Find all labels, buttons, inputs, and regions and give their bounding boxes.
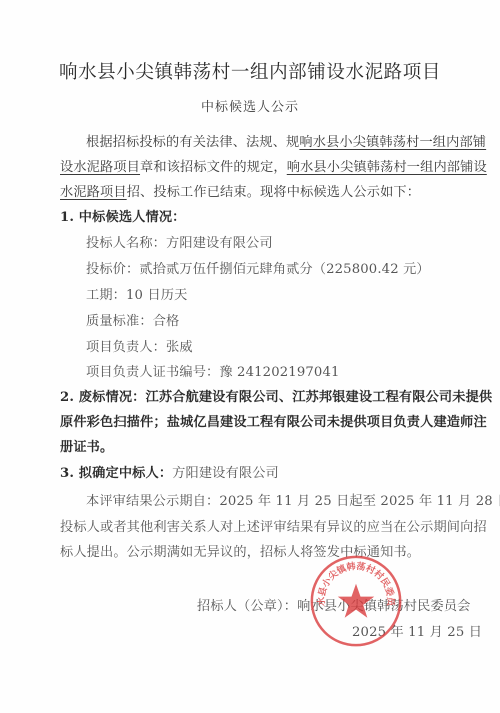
field-value: 贰拾贰万伍仟捌佰元肆角贰分（225800.42 元） xyxy=(139,262,429,277)
bid-price-row: 投标价：贰拾贰万伍仟捌佰元肆角贰分（225800.42 元） xyxy=(86,258,430,277)
field-label: 工期： xyxy=(86,288,126,303)
field-value: 豫 241202197041 xyxy=(219,365,339,380)
signature-label: 招标人（公章）： xyxy=(197,599,297,614)
field-label: 项目负责人证书编号： xyxy=(86,365,219,380)
project-name-underlined: 响水县小尖镇韩荡村一组内部铺设 xyxy=(287,160,487,175)
section-1-heading: 1. 中标候选人情况： xyxy=(60,206,186,225)
official-seal-stamp: 响水县小尖镇韩荡村村民委员会 xyxy=(308,553,404,649)
field-label: 项目负责人： xyxy=(86,340,166,355)
project-manager-row: 项目负责人：张威 xyxy=(86,336,193,355)
intro-line-3: 水泥路项目招、投标工作已结束。现将中标候选人公示如下： xyxy=(60,181,420,200)
winning-bidder: 方阳建设有限公司 xyxy=(172,466,279,481)
section-2-line-3: 册证书。 xyxy=(60,436,113,455)
field-label: 投标价： xyxy=(86,262,139,277)
project-name-underlined: 水泥路项目 xyxy=(60,185,127,200)
section-2-text: 江苏合航建设有限公司、江苏邦银建设工程有限公司未提供 xyxy=(146,390,493,405)
document-title: 响水县小尖镇韩荡村一组内部铺设水泥路项目 xyxy=(0,58,500,84)
intro-text: 根据招标投标的有关法律、法规、规 xyxy=(86,135,299,150)
intro-text: 章和该招标文件的规定， xyxy=(140,160,287,175)
project-name-underlined: 响水县小尖镇韩荡村一组内部铺 xyxy=(299,135,486,150)
intro-text: 招、投标工作已结束。现将中标候选人公示如下： xyxy=(127,185,420,200)
document-subtitle: 中标候选人公示 xyxy=(0,96,500,115)
duration-row: 工期：10 日历天 xyxy=(86,284,187,303)
bidder-name-row: 投标人名称：方阳建设有限公司 xyxy=(86,232,273,251)
section-2-line-2: 原件彩色扫描件；盐城亿昌建设工程有限公司未提供项目负责人建造师注 xyxy=(60,411,487,430)
intro-line-1: 根据招标投标的有关法律、法规、规响水县小尖镇韩荡村一组内部铺 xyxy=(86,131,486,150)
document-page: 响水县小尖镇韩荡村一组内部铺设水泥路项目 中标候选人公示 根据招标投标的有关法律… xyxy=(0,0,500,713)
section-2-heading: 2. 废标情况： xyxy=(60,390,146,405)
intro-line-2: 设水泥路项目章和该招标文件的规定，响水县小尖镇韩荡村一组内部铺设 xyxy=(60,156,487,175)
field-label: 质量标准： xyxy=(86,314,153,329)
field-value: 张威 xyxy=(166,340,193,355)
field-value: 10 日历天 xyxy=(126,288,187,303)
quality-standard-row: 质量标准：合格 xyxy=(86,310,179,329)
certificate-number-row: 项目负责人证书编号：豫 241202197041 xyxy=(86,361,340,380)
notice-line-1: 本评审结果公示期自：2025 年 11 月 25 日起至 2025 年 11 月… xyxy=(86,490,500,509)
field-value: 方阳建设有限公司 xyxy=(166,236,273,251)
star-icon xyxy=(338,584,374,618)
section-2-line-1: 2. 废标情况：江苏合航建设有限公司、江苏邦银建设工程有限公司未提供 xyxy=(60,386,492,405)
field-label: 投标人名称： xyxy=(86,236,166,251)
section-3-heading: 3. 拟确定中标人： xyxy=(60,466,172,481)
field-value: 合格 xyxy=(153,314,180,329)
notice-line-2: 投标人或者其他利害关系人对上述评审结果有异议的应当在公示期间向招 xyxy=(60,516,487,535)
project-name-underlined: 设水泥路项目 xyxy=(60,160,140,175)
section-3-row: 3. 拟确定中标人：方阳建设有限公司 xyxy=(60,462,279,481)
